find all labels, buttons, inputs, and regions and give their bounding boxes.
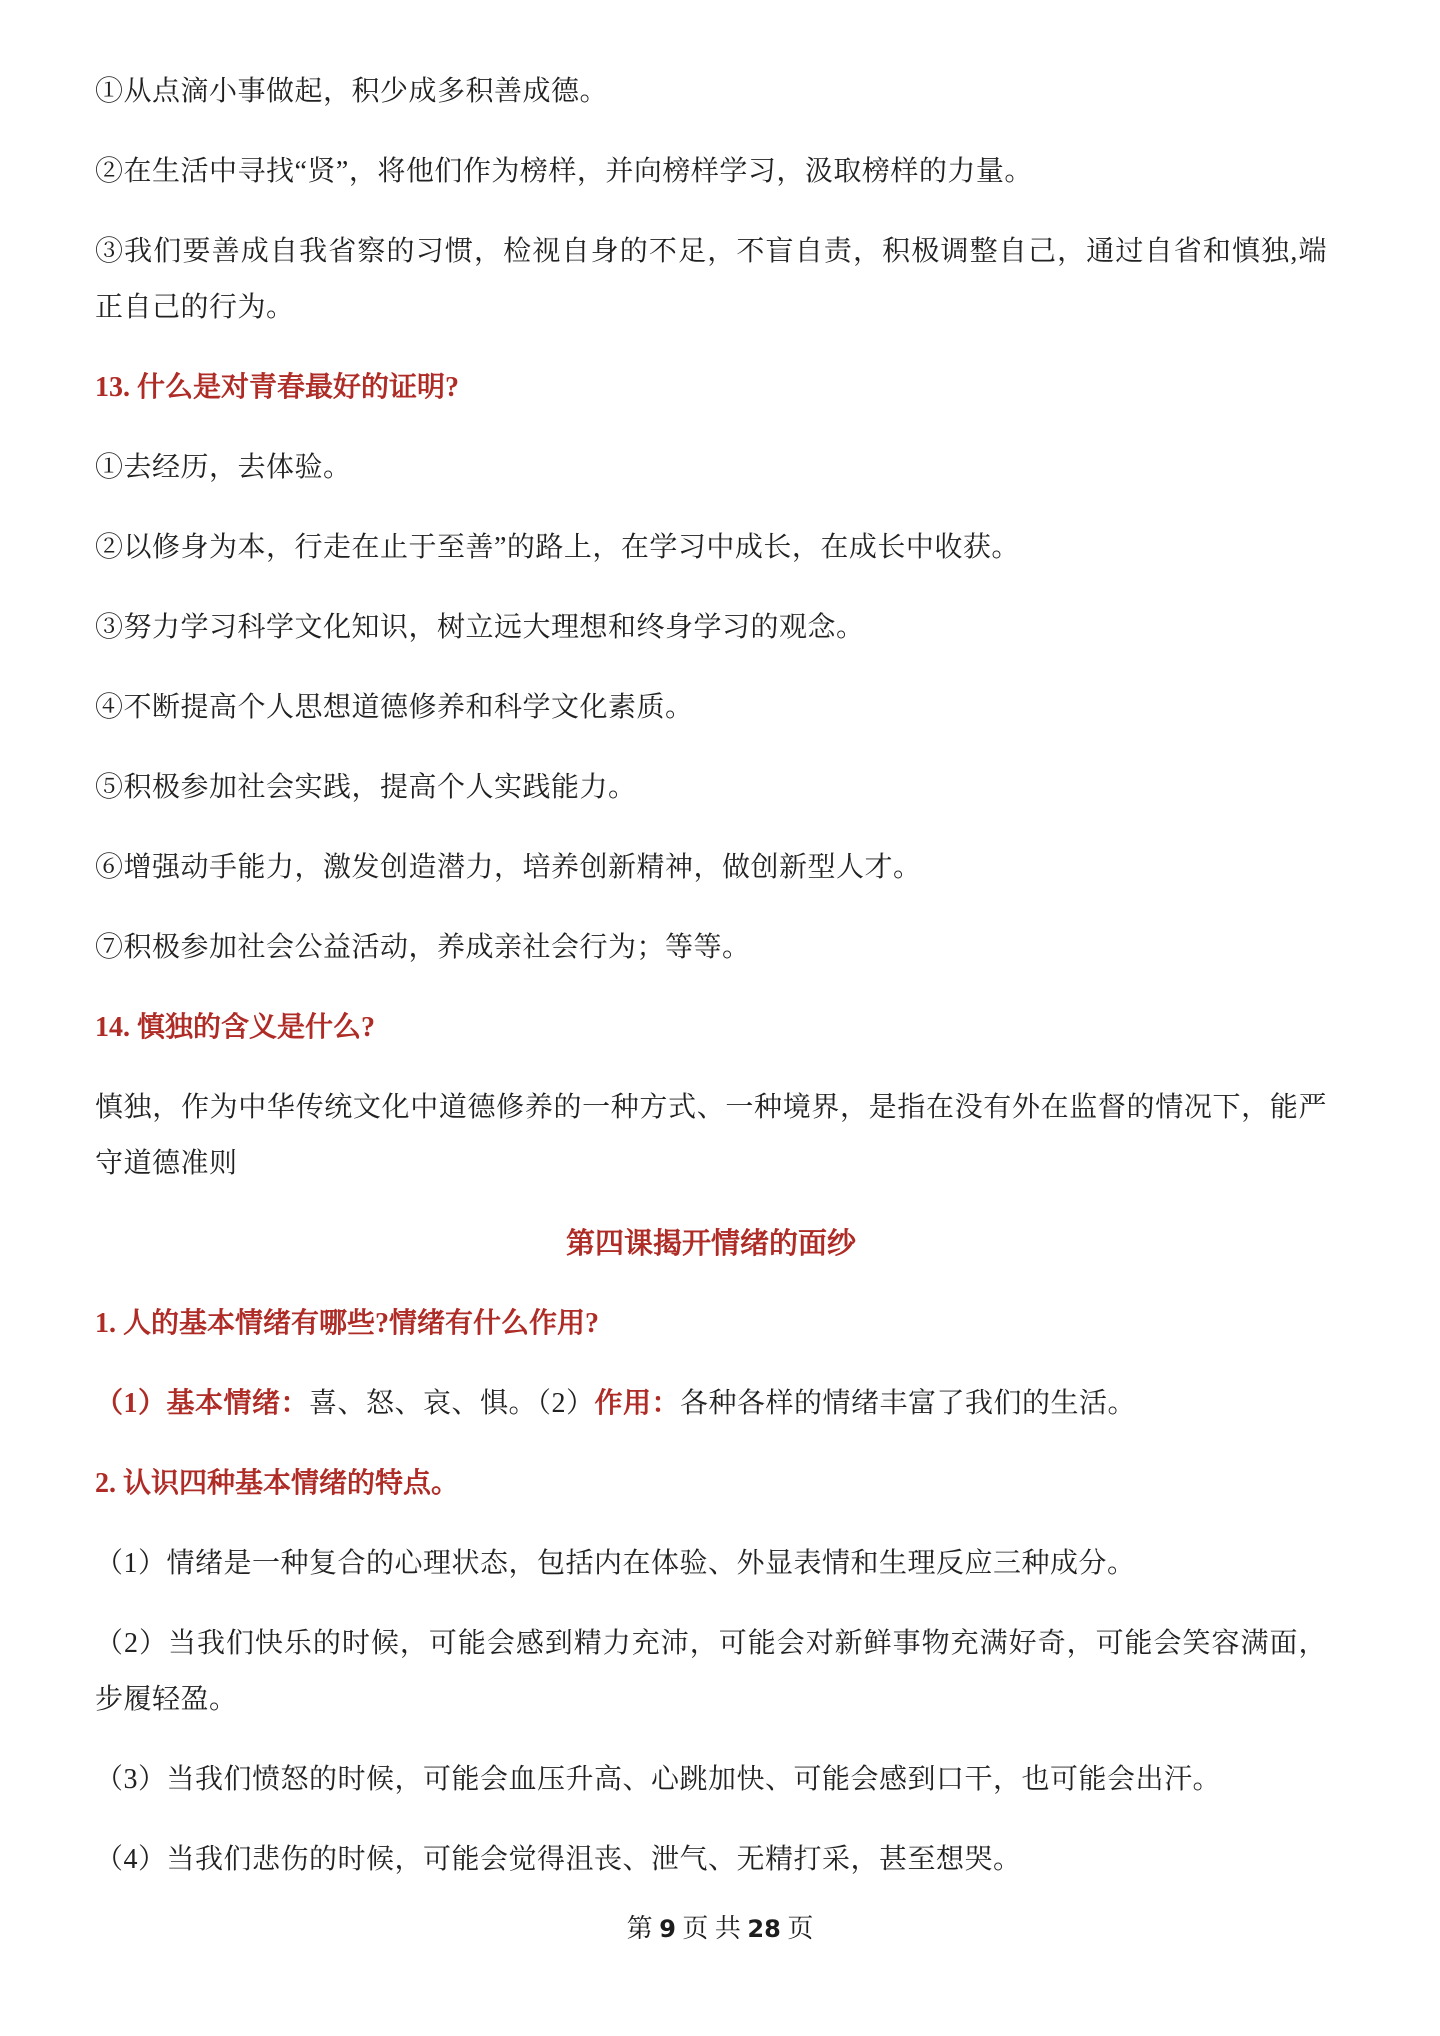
q13-point-7: ⑦积极参加社会公益活动，养成亲社会行为；等等。 — [95, 920, 1327, 976]
q13-point-5: ⑤积极参加社会实践，提高个人实践能力。 — [95, 760, 1327, 816]
lesson-4-title: 第四课揭开情绪的面纱 — [95, 1216, 1327, 1272]
footer-text-after: 页 — [781, 1914, 814, 1943]
question-14-heading: 14. 慎独的含义是什么? — [95, 1000, 1327, 1056]
footer-page-number: 9 — [659, 1915, 676, 1943]
q1-answer-label-function: 作用： — [595, 1388, 681, 1419]
footer-text-middle: 页 共 — [676, 1914, 748, 1943]
q1-answer-function-text: 各种各样的情绪丰富了我们的生活。 — [680, 1388, 1136, 1419]
lesson4-question-1-heading: 1. 人的基本情绪有哪些?情绪有什么作用? — [95, 1296, 1327, 1352]
q13-point-6: ⑥增强动手能力，激发创造潜力，培养创新精神，做创新型人才。 — [95, 840, 1327, 896]
footer-text-before: 第 — [627, 1914, 660, 1943]
question-13-heading: 13. 什么是对青春最好的证明? — [95, 360, 1327, 416]
q1-answer-emotions-list: 喜、怒、哀、惧。（2） — [309, 1388, 595, 1419]
q2-point-2: （2）当我们快乐的时候，可能会感到精力充沛，可能会对新鲜事物充满好奇，可能会笑容… — [95, 1616, 1327, 1728]
q13-point-4: ④不断提高个人思想道德修养和科学文化素质。 — [95, 680, 1327, 736]
page-footer: 第 9 页 共 28 页 — [0, 1908, 1440, 1950]
document-page: ①从点滴小事做起，积少成多积善成德。 ②在生活中寻找“贤”，将他们作为榜样，并向… — [0, 0, 1440, 2036]
q13-point-2: ②以修身为本，行走在止于至善”的路上，在学习中成长，在成长中收获。 — [95, 520, 1327, 576]
q1-answer-label-basic-emotions: （1）基本情绪： — [95, 1388, 309, 1419]
document-content: ①从点滴小事做起，积少成多积善成德。 ②在生活中寻找“贤”，将他们作为榜样，并向… — [95, 64, 1327, 1912]
footer-total-pages: 28 — [747, 1915, 780, 1943]
q13-point-3: ③努力学习科学文化知识，树立远大理想和终身学习的观念。 — [95, 600, 1327, 656]
q13-point-1: ①去经历，去体验。 — [95, 440, 1327, 496]
q2-point-3: （3）当我们愤怒的时候，可能会血压升高、心跳加快、可能会感到口干，也可能会出汗。 — [95, 1752, 1327, 1808]
lesson4-q1-answer: （1）基本情绪：喜、怒、哀、惧。（2）作用：各种各样的情绪丰富了我们的生活。 — [95, 1376, 1327, 1432]
q2-point-1: （1）情绪是一种复合的心理状态，包括内在体验、外显表情和生理反应三种成分。 — [95, 1536, 1327, 1592]
answer-point-1: ①从点滴小事做起，积少成多积善成德。 — [95, 64, 1327, 120]
answer-point-2: ②在生活中寻找“贤”，将他们作为榜样，并向榜样学习，汲取榜样的力量。 — [95, 144, 1327, 200]
q14-answer: 慎独，作为中华传统文化中道德修养的一种方式、一种境界，是指在没有外在监督的情况下… — [95, 1080, 1327, 1192]
answer-point-3: ③我们要善成自我省察的习惯，检视自身的不足，不盲自责，积极调整自己，通过自省和慎… — [95, 224, 1327, 336]
q2-point-4: （4）当我们悲伤的时候，可能会觉得沮丧、泄气、无精打采，甚至想哭。 — [95, 1832, 1327, 1888]
lesson4-question-2-heading: 2. 认识四种基本情绪的特点。 — [95, 1456, 1327, 1512]
